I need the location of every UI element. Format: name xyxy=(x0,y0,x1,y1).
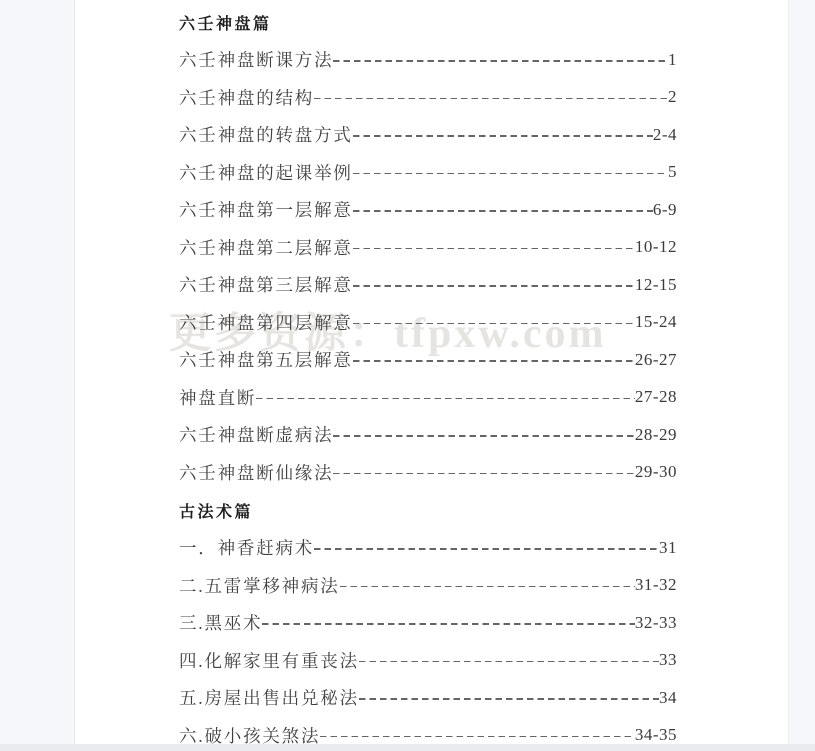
toc-entry-title: 六壬神盘第二层解意 xyxy=(179,235,353,260)
toc-entry-pages: 1 xyxy=(668,50,677,70)
dash-leader xyxy=(353,173,668,175)
toc-entry-title: 六壬神盘第五层解意 xyxy=(179,347,353,372)
toc-entry[interactable]: 二.五雷掌移神病法 31-32 xyxy=(179,567,677,605)
toc-entry-title: 六壬神盘第一层解意 xyxy=(179,197,353,222)
toc-entry-pages: 5 xyxy=(668,162,677,182)
dash-leader xyxy=(359,698,659,700)
dash-leader xyxy=(353,323,635,325)
toc-entry-title: 六壬神盘的转盘方式 xyxy=(179,122,353,147)
toc-entry-title: 三.黑巫术 xyxy=(179,610,262,635)
toc-entry-pages: 31-32 xyxy=(635,575,677,595)
dash-leader xyxy=(353,360,635,362)
toc-entry-pages: 32-33 xyxy=(635,613,677,633)
toc-entry-pages: 26-27 xyxy=(635,350,677,370)
dash-leader xyxy=(353,135,653,137)
dash-leader xyxy=(314,98,668,100)
toc-entry-title: 六壬神盘断仙缘法 xyxy=(179,460,333,485)
toc-entry-pages: 29-30 xyxy=(635,462,677,482)
dash-leader xyxy=(353,210,653,212)
toc-entry-pages: 15-24 xyxy=(635,312,677,332)
dash-leader xyxy=(333,435,634,437)
toc-entry-title: 六壬神盘断课方法 xyxy=(179,47,333,72)
toc-section: 古法术篇 一．神香赶病术 31 二.五雷掌移神病法 31-32 三.黑巫术 32… xyxy=(179,491,677,744)
toc-entry-title: 六壬神盘的起课举例 xyxy=(179,160,353,185)
bottom-edge-strip xyxy=(0,744,815,751)
toc-section: 六壬神盘篇 六壬神盘断课方法 1 六壬神盘的结构 2 六壬神盘的转盘方式 2-4… xyxy=(179,3,677,491)
toc-entry[interactable]: 神盘直断 27-28 xyxy=(179,379,677,417)
table-of-contents: 六壬神盘篇 六壬神盘断课方法 1 六壬神盘的结构 2 六壬神盘的转盘方式 2-4… xyxy=(75,0,677,744)
toc-entry[interactable]: 五.房屋出售出兑秘法 34 xyxy=(179,679,677,717)
toc-entry-pages: 33 xyxy=(659,650,677,670)
dash-leader xyxy=(333,473,634,475)
toc-entry-title: 神盘直断 xyxy=(179,385,256,410)
toc-entry[interactable]: 六壬神盘第一层解意 6-9 xyxy=(179,191,677,229)
section-heading: 古法术篇 xyxy=(179,491,677,529)
toc-entry-pages: 27-28 xyxy=(635,387,677,407)
toc-entry-title: 六壬神盘第三层解意 xyxy=(179,272,353,297)
toc-entry[interactable]: 六壬神盘第三层解意 12-15 xyxy=(179,266,677,304)
toc-entry[interactable]: 六壬神盘第二层解意 10-12 xyxy=(179,229,677,267)
toc-entry-pages: 10-12 xyxy=(635,237,677,257)
dash-leader xyxy=(353,285,635,287)
toc-entry-pages: 31 xyxy=(659,538,677,558)
toc-entry-title: 六壬神盘第四层解意 xyxy=(179,310,353,335)
toc-entry-title: 五.房屋出售出兑秘法 xyxy=(179,685,359,710)
dash-leader xyxy=(340,586,635,588)
toc-entry-title: 一．神香赶病术 xyxy=(179,535,314,560)
dash-leader xyxy=(256,398,635,400)
toc-entry-title: 四.化解家里有重丧法 xyxy=(179,648,359,673)
dash-leader xyxy=(314,548,659,550)
dash-leader xyxy=(359,661,659,663)
toc-entry[interactable]: 六.破小孩关煞法 34-35 xyxy=(179,717,677,745)
toc-entry[interactable]: 三.黑巫术 32-33 xyxy=(179,604,677,642)
document-page: 更多资源：tfpxw.com 六壬神盘篇 六壬神盘断课方法 1 六壬神盘的结构 … xyxy=(74,0,789,744)
toc-entry-title: 六.破小孩关煞法 xyxy=(179,723,320,744)
toc-entry[interactable]: 四.化解家里有重丧法 33 xyxy=(179,642,677,680)
dash-leader xyxy=(353,248,635,250)
toc-entry[interactable]: 一．神香赶病术 31 xyxy=(179,529,677,567)
toc-entry-title: 六壬神盘断虚病法 xyxy=(179,422,333,447)
toc-entry[interactable]: 六壬神盘断仙缘法 29-30 xyxy=(179,454,677,492)
toc-entry[interactable]: 六壬神盘的起课举例 5 xyxy=(179,154,677,192)
toc-entry-title: 六壬神盘的结构 xyxy=(179,85,314,110)
toc-entry[interactable]: 六壬神盘断课方法 1 xyxy=(179,41,677,79)
toc-entry-pages: 28-29 xyxy=(635,425,677,445)
toc-entry[interactable]: 六壬神盘第四层解意 15-24 xyxy=(179,304,677,342)
dash-leader xyxy=(320,736,635,738)
toc-entry-title: 二.五雷掌移神病法 xyxy=(179,573,340,598)
toc-entry[interactable]: 六壬神盘的结构 2 xyxy=(179,79,677,117)
toc-entry-pages: 12-15 xyxy=(635,275,677,295)
toc-entry-pages: 6-9 xyxy=(653,200,677,220)
toc-entry[interactable]: 六壬神盘断虚病法 28-29 xyxy=(179,416,677,454)
toc-entry-pages: 34-35 xyxy=(635,725,677,744)
document-viewer: 更多资源：tfpxw.com 六壬神盘篇 六壬神盘断课方法 1 六壬神盘的结构 … xyxy=(0,0,815,751)
dash-leader xyxy=(262,623,634,625)
toc-entry-pages: 34 xyxy=(659,688,677,708)
toc-entry[interactable]: 六壬神盘的转盘方式 2-4 xyxy=(179,116,677,154)
section-heading: 六壬神盘篇 xyxy=(179,3,677,41)
toc-entry[interactable]: 六壬神盘第五层解意 26-27 xyxy=(179,341,677,379)
toc-entry-pages: 2-4 xyxy=(653,125,677,145)
toc-entry-pages: 2 xyxy=(668,87,677,107)
dash-leader xyxy=(333,60,668,62)
